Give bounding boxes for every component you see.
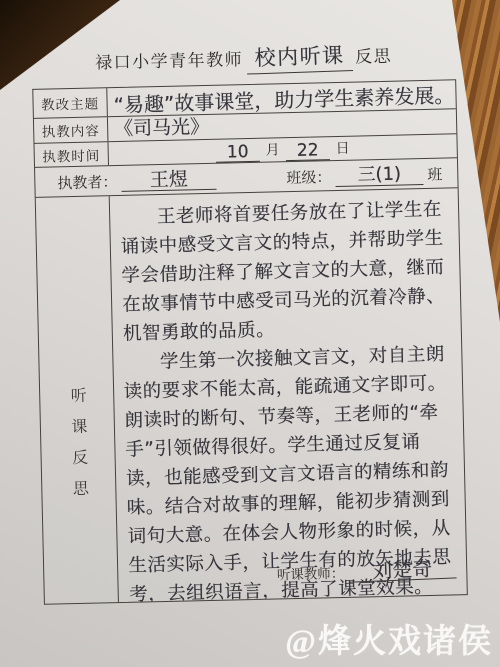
- lesson-form-table: 教改主题 “易趣”故事课堂，助力学生素养发展。 执教内容 《司马光》 执教时间 …: [32, 79, 468, 604]
- time-day-unit: 日: [335, 140, 349, 160]
- time-label: 执教时间: [34, 142, 109, 167]
- observer-signature-line: 听课教师： 刘楚奇: [277, 558, 457, 584]
- title-handwritten-fill: 校内听课: [246, 39, 353, 74]
- watermark-text: @烽火戏诸侯: [285, 615, 493, 662]
- reflection-body-cell: 王老师将首要任务放在了让学生在诵读中感受文言文的特点，并帮助学生学会借助注释了解…: [110, 188, 467, 602]
- time-month-fill: 10: [216, 143, 260, 163]
- observer-name-fill: 刘楚奇: [348, 557, 457, 582]
- theme-label: 教改主题: [33, 88, 108, 118]
- spacer: [221, 188, 287, 189]
- content-label: 执教内容: [34, 117, 109, 143]
- class-fill: 三(1): [335, 164, 423, 187]
- teacher-name-fill: 王煜: [121, 169, 216, 192]
- reflection-paragraph-1: 王老师将首要任务放在了让学生在诵读中感受文言文的特点，并帮助学生学会借助注释了解…: [120, 195, 454, 349]
- class-unit: 班: [427, 164, 442, 185]
- time-day-fill: 22: [286, 141, 330, 161]
- class-label: 班级：: [286, 166, 331, 188]
- photo-of-form: 禄口小学青年教师校内听课反思 教改主题 “易趣”故事课堂，助力学生素养发展。 执…: [0, 0, 500, 667]
- form-title: 禄口小学青年教师校内听课反思: [0, 36, 494, 79]
- reflection-side-cell: 听课反思: [36, 196, 119, 604]
- title-prefix: 禄口小学青年教师: [95, 50, 243, 72]
- observer-label: 听课教师：: [277, 566, 345, 583]
- time-month-unit: 月: [266, 141, 280, 161]
- teacher-label: 执教者：: [57, 171, 117, 193]
- title-suffix: 反思: [355, 47, 392, 67]
- paper-sheet: 禄口小学青年教师校内听课反思 教改主题 “易趣”故事课堂，助力学生素养发展。 执…: [0, 0, 500, 667]
- row-reflection: 听课反思 王老师将首要任务放在了让学生在诵读中感受文言文的特点，并帮助学生学会借…: [36, 188, 467, 603]
- reflection-side-label: 听课反思: [65, 387, 91, 511]
